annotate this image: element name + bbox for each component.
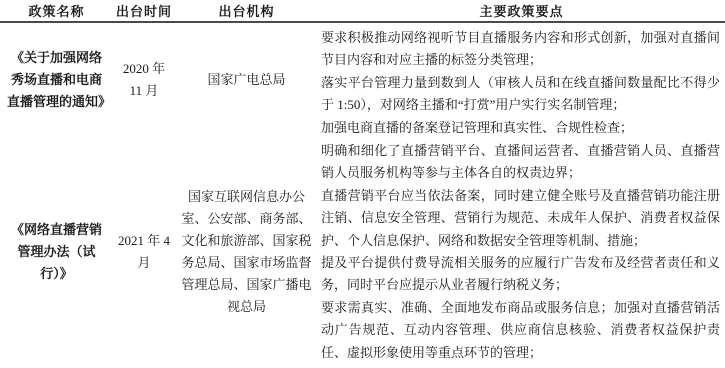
points-cell: 明确和细化了直播营销平台、直播间运营者、直播营销人员、直播营销人员服务机构等参与… (318, 136, 725, 368)
policy-date: 2020 年 11 月 (116, 58, 172, 102)
policy-name-cell: 《网络直播营销管理办法（试行）》 (0, 136, 113, 368)
policy-name: 《网络直播营销管理办法（试行）》 (7, 219, 106, 285)
policy-point: 要求积极推动网络视听节目直播服务内容和形式创新，加强对直播间节目内容和对应主播的… (321, 27, 720, 72)
policy-name-cell: 《关于加强网络秀场直播和电商直播管理的通知》 (0, 23, 113, 136)
policy-name: 《关于加强网络秀场直播和电商直播管理的通知》 (7, 47, 106, 113)
policy-table: 政策名称 出台时间 出台机构 主要政策要点 《关于加强网络秀场直播和电商直播管理… (0, 0, 725, 368)
header-agency: 出台机构 (175, 0, 318, 23)
date-cell: 2020 年 11 月 (113, 23, 175, 136)
policy-point: 落实平台管理力量到数到人（审核人员和在线直播间数量配比不得少于 1:50），对网… (321, 72, 720, 117)
policy-point: 提及平台提供付费导流相关服务的应履行广告发布及经营者责任和义务，同时平台应提示从… (321, 252, 720, 297)
policy-agency: 国家互联网信息办公室、公安部、商务部、文化和旅游部、国家税务总局、国家市场监督管… (181, 186, 312, 318)
date-cell: 2021 年 4 月 (113, 136, 175, 368)
header-policy-name: 政策名称 (0, 0, 113, 23)
header-date: 出台时间 (113, 0, 175, 23)
policy-point: 要求需真实、准确、全面地发布商品或服务信息；加强对直播营销活动广告规范、互动内容… (321, 297, 720, 364)
header-points: 主要政策要点 (318, 0, 725, 23)
policy-point: 明确和细化了直播营销平台、直播间运营者、直播营销人员、直播营销人员服务机构等参与… (321, 140, 720, 185)
agency-cell: 国家广电总局 (175, 23, 318, 136)
points-cell: 要求积极推动网络视听节目直播服务内容和形式创新，加强对直播间节目内容和对应主播的… (318, 23, 725, 136)
policy-date: 2021 年 4 月 (116, 230, 172, 274)
policy-point: 直播营销平台应当依法备案，同时建立健全账号及直播营销功能注册注销、信息安全管理、… (321, 185, 720, 252)
agency-cell: 国家互联网信息办公室、公安部、商务部、文化和旅游部、国家税务总局、国家市场监督管… (175, 136, 318, 368)
policy-agency: 国家广电总局 (207, 69, 285, 91)
